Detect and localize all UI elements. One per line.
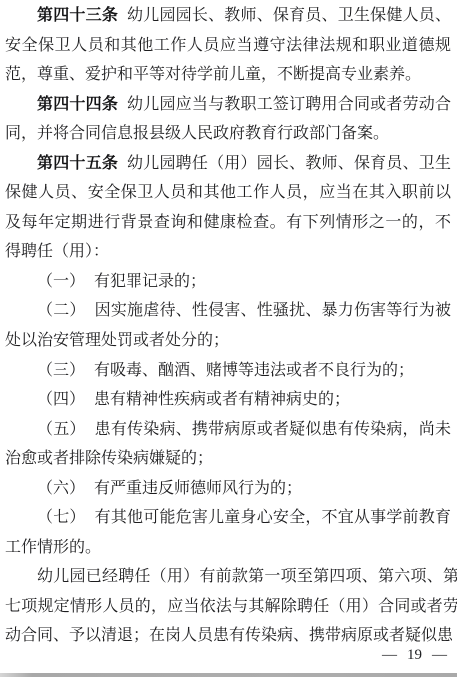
paragraph-text: 有严重违反师德师风行为的； [94,480,302,497]
paragraph: 幼儿园已经聘任（用）有前款第一项至第四项、第六项、第七项规定情形人员的，应当依法… [5,562,457,651]
item-number: （五） [37,421,86,438]
paragraph: （六）有严重违反师德师风行为的； [5,474,451,504]
item-number: （一） [37,273,85,290]
page-number-dash-right: — [432,646,447,664]
document-page: 第四十三条幼儿园园长、教师、保育员、卫生保健人员、安全保卫人员和其他工作人员应当… [0,0,457,679]
item-number: （四） [37,391,85,408]
paragraph: （五）患有传染病、携带病原或者疑似患有传染病，尚未治愈或者排除传染病嫌疑的； [5,415,451,474]
paragraph-text: 患有精神性疾病或者有精神病史的； [94,391,350,408]
article-number: 第四十四条 [37,96,118,113]
article-number: 第四十三条 [37,7,118,24]
page-number-dash-left: — [382,646,397,664]
paragraph-text: 幼儿园已经聘任（用）有前款第一项至第四项、第六项、第七项规定情形人员的，应当依法… [5,568,457,644]
item-number: （六） [37,480,85,497]
paragraph: （三）有吸毒、酗酒、赌博等违法或者不良行为的； [5,356,451,386]
paragraph: 第四十三条幼儿园园长、教师、保育员、卫生保健人员、安全保卫人员和其他工作人员应当… [5,1,451,90]
paragraph-text: 有吸毒、酗酒、赌博等违法或者不良行为的； [94,362,414,379]
item-number: （七） [37,509,86,526]
paragraph: （一）有犯罪记录的； [5,267,451,297]
paragraph: （七）有其他可能危害儿童身心安全，不宜从事学前教育工作情形的。 [5,503,451,562]
document-body: 第四十三条幼儿园园长、教师、保育员、卫生保健人员、安全保卫人员和其他工作人员应当… [0,0,457,651]
item-number: （三） [37,362,85,379]
page-number-value: 19 [407,646,422,664]
paragraph: （四）患有精神性疾病或者有精神病史的； [5,385,451,415]
paragraph: 第四十四条幼儿园应当与教职工签订聘用合同或者劳动合同，并将合同信息报县级人民政府… [5,90,451,149]
scan-edge-artifact [0,673,457,677]
paragraph: （二）因实施虐待、性侵害、性骚扰、暴力伤害等行为被处以治安管理处罚或者处分的； [5,296,451,355]
article-number: 第四十五条 [37,155,118,172]
paragraph: 第四十五条幼儿园聘任（用）园长、教师、保育员、卫生保健人员、安全保卫人员和其他工… [5,149,451,267]
item-number: （二） [37,302,86,319]
page-number: — 19 — [382,646,447,664]
paragraph-text: 有犯罪记录的； [94,273,206,290]
